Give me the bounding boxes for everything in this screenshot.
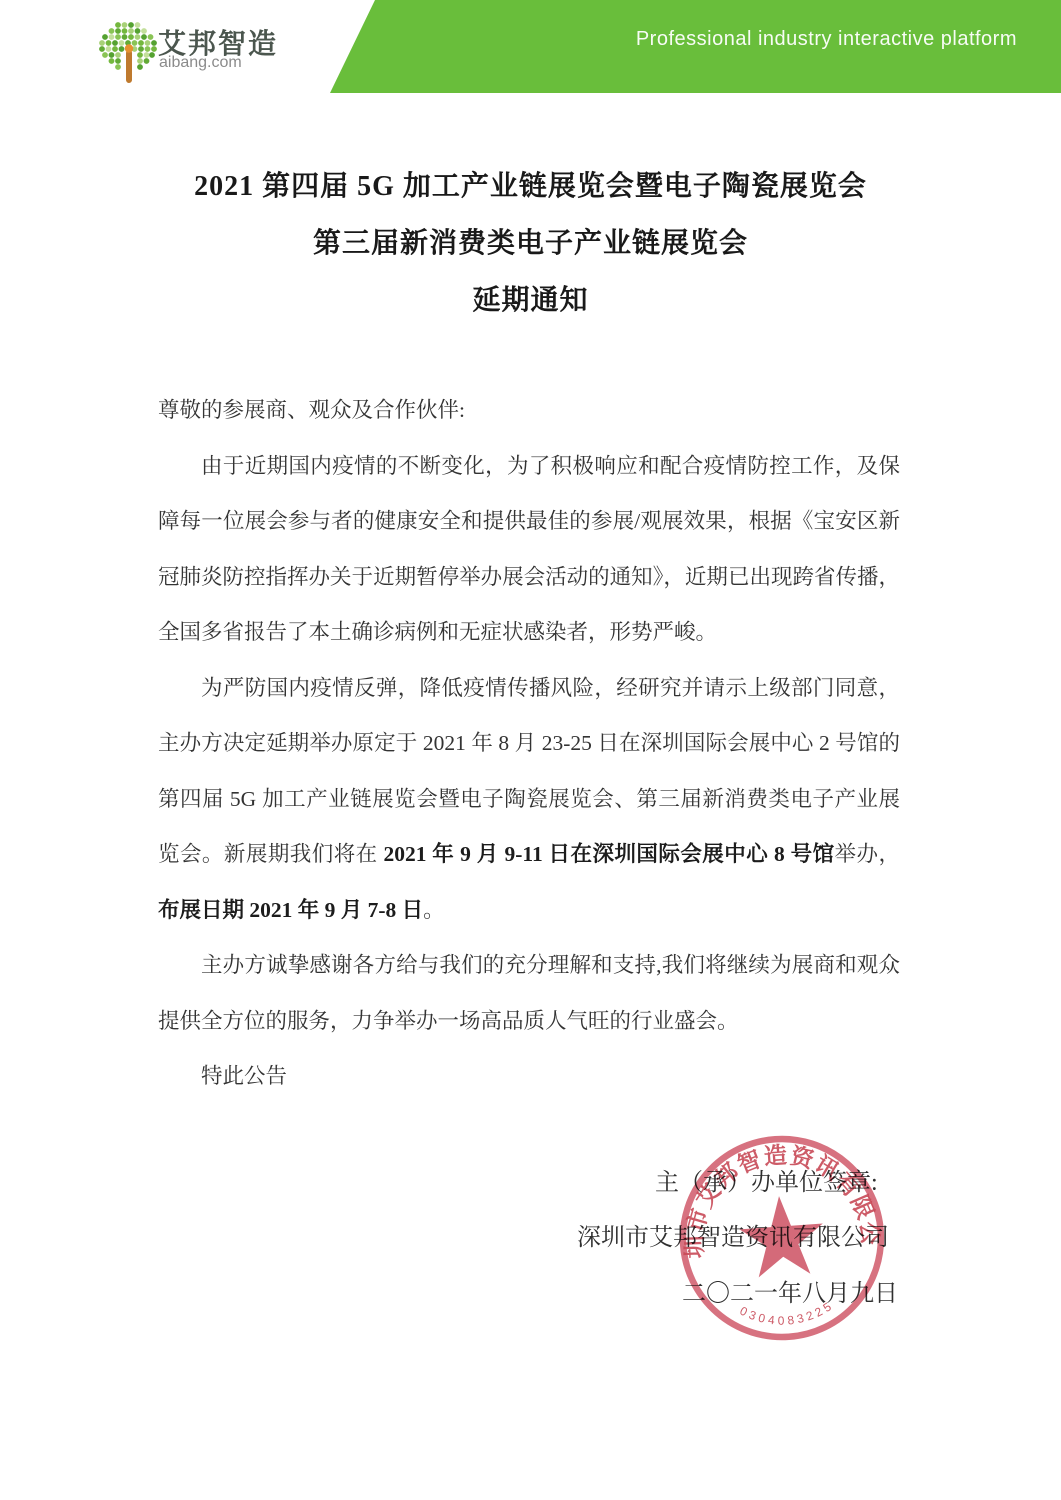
logo-domain: aibang.com	[159, 54, 242, 72]
aibang-logo-tree-icon	[97, 20, 161, 86]
paragraph-2-mid: 举办，	[835, 842, 900, 866]
title-line-1: 2021 第四届 5G 加工产业链展览会暨电子陶瓷展览会	[0, 158, 1061, 215]
closing-statement: 特此公告	[158, 1049, 900, 1105]
seal-star-icon	[737, 1193, 826, 1278]
new-dates-bold: 2021 年 9 月 9-11 日在深圳国际会展中心 8 号馆	[383, 842, 834, 866]
tree-trunk-ball	[125, 44, 133, 52]
paragraph-1: 由于近期国内疫情的不断变化，为了积极响应和配合疫情防控工作，及保障每一位展会参与…	[158, 439, 900, 661]
paragraph-2-text: 为严防国内疫情反弹，降低疫情传播风险，经研究并请示上级部门同意，主办方决定延期举…	[158, 676, 900, 867]
tree-trunk	[126, 50, 132, 83]
company-seal-stamp: 深圳市艾邦智造资讯有限公司 0304083225	[662, 1118, 901, 1359]
title-line-3: 延期通知	[0, 272, 1061, 329]
banner-tagline: Professional industry interactive platfo…	[636, 28, 1017, 51]
header-banner: Professional industry interactive platfo…	[320, 0, 1061, 93]
title-line-2: 第三届新消费类电子产业链展览会	[0, 215, 1061, 272]
document-page: 艾邦智造 aibang.com Professional industry in…	[0, 0, 1061, 1500]
paragraph-2: 为严防国内疫情反弹，降低疫情传播风险，经研究并请示上级部门同意，主办方决定延期举…	[158, 661, 900, 939]
notice-title: 2021 第四届 5G 加工产业链展览会暨电子陶瓷展览会 第三届新消费类电子产业…	[0, 158, 1061, 329]
setup-dates-bold: 布展日期 2021 年 9 月 7-8 日	[158, 898, 423, 922]
notice-body: 尊敬的参展商、观众及合作伙伴: 由于近期国内疫情的不断变化，为了积极响应和配合疫…	[158, 383, 900, 1105]
paragraph-2-end: 。	[423, 898, 445, 922]
paragraph-3: 主办方诚挚感谢各方给与我们的充分理解和支持,我们将继续为展商和观众提供全方位的服…	[158, 938, 900, 1049]
salutation: 尊敬的参展商、观众及合作伙伴:	[158, 383, 900, 439]
